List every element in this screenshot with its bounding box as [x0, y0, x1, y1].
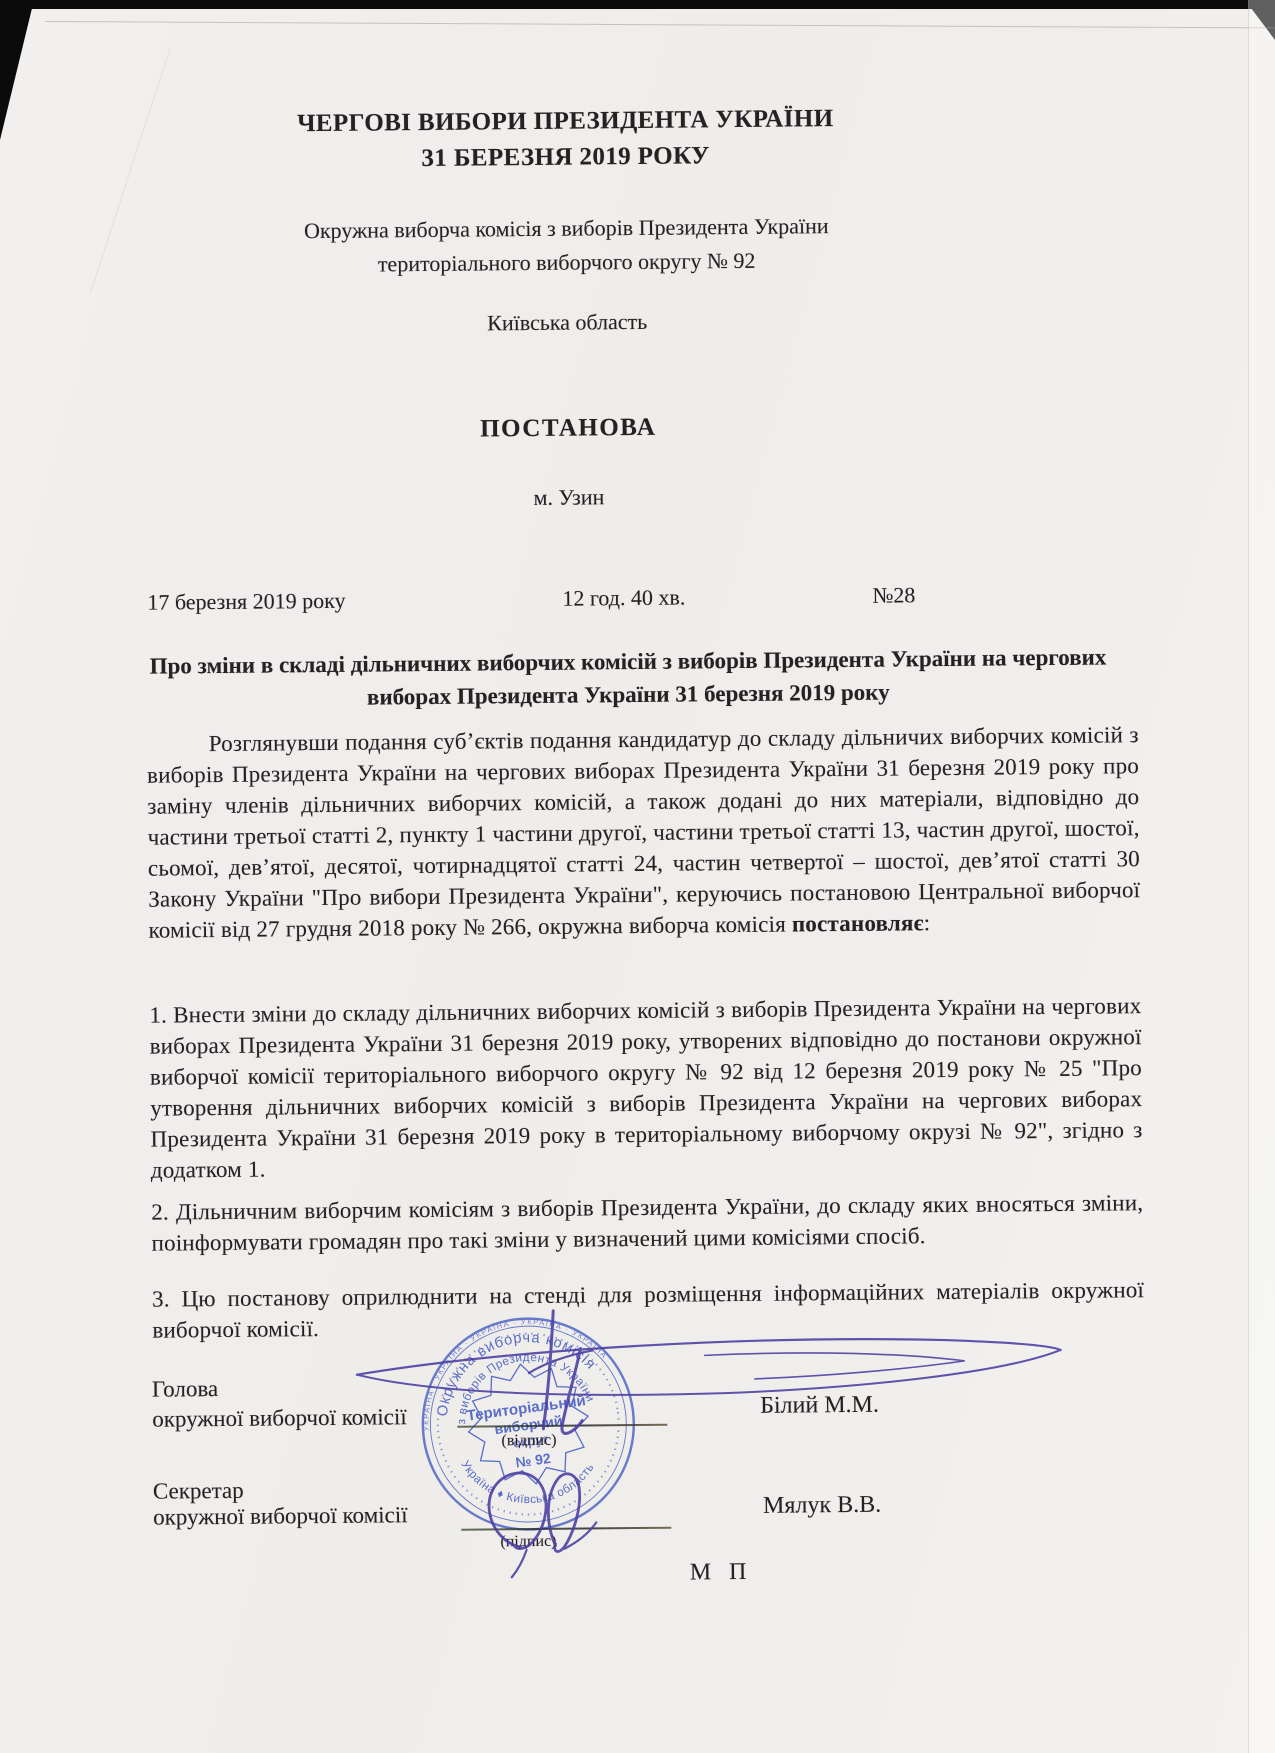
head-signature-caption: (відпис): [501, 1432, 556, 1451]
org-line2: територіального виборчого округу № 92: [74, 245, 1059, 280]
org-line1: Окружна виборча комісія з виборів Презид…: [74, 211, 1059, 246]
secretary-name: Мялук В.В.: [763, 1492, 881, 1520]
secretary-signature-caption: (підпис): [500, 1533, 556, 1552]
secretary-role-line2: окружної виборчої комісії: [153, 1502, 408, 1530]
scanner-top-strip: [0, 0, 1275, 9]
intro-bold-word: постановляє: [792, 910, 924, 936]
doc-title-line2: 31 БЕРЕЗНЯ 2019 РОКУ: [73, 139, 1058, 176]
doc-title-line1: ЧЕРГОВІ ВИБОРИ ПРЕЗИДЕНТА УКРАЇНИ: [73, 103, 1058, 140]
head-role-line2: окружної виборчої комісії: [152, 1404, 407, 1432]
region-line: Київська область: [75, 305, 1060, 340]
scanned-resolution-page: ЧЕРГОВІ ВИБОРИ ПРЕЗИДЕНТА УКРАЇНИ 31 БЕР…: [0, 0, 1275, 1753]
date-row: 17 березня 2019 року 12 год. 40 хв. №28: [0, 579, 1272, 591]
intro-text: Розглянувши подання суб’єктів подання ка…: [147, 722, 1140, 943]
secretary-role-line1: Секретар: [153, 1478, 244, 1505]
item-2-paragraph: 2. Дільничним виборчим комісіям з виборі…: [151, 1187, 1144, 1259]
intro-paragraph: Розглянувши подання суб’єктів подання ка…: [147, 719, 1141, 946]
seal-place-mark: М П: [690, 1559, 753, 1587]
secretary-signature-descender: [512, 1550, 527, 1577]
head-name: Білий М.М.: [760, 1392, 879, 1420]
doc-kind: ПОСТАНОВА: [76, 410, 1061, 447]
doc-city: м. Узин: [76, 480, 1061, 515]
doc-time: 12 год. 40 хв.: [562, 585, 685, 612]
doc-number: №28: [872, 582, 915, 608]
paper-right-edge: [1248, 0, 1275, 1753]
head-role-line1: Голова: [152, 1376, 218, 1403]
item-1-paragraph: 1. Внести зміни до складу дільничних виб…: [149, 990, 1143, 1186]
doc-date: 17 березня 2019 року: [147, 588, 345, 616]
document-content: ЧЕРГОВІ ВИБОРИ ПРЕЗИДЕНТА УКРАЇНИ 31 БЕР…: [0, 0, 1275, 1753]
intro-tail: :: [924, 910, 931, 935]
item-3-paragraph: 3. Цю постанову оприлюднити на стенді дл…: [152, 1274, 1145, 1346]
subject-heading: Про зміни в складі дільничних виборчих к…: [128, 640, 1129, 716]
head-signature-flourish-inner: [705, 1351, 965, 1379]
